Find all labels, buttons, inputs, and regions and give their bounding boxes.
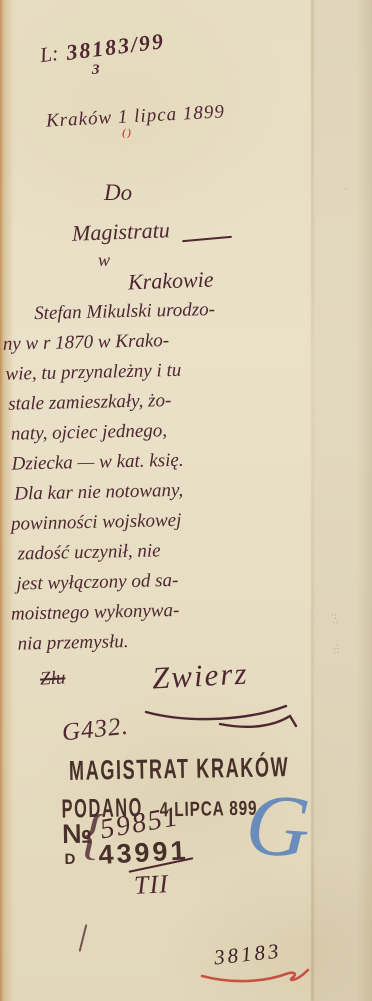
stamp-d-number: 43991 (98, 835, 190, 871)
dateline: Kraków 1 lipca 1899 (46, 101, 226, 132)
blue-pencil-initial: G (243, 774, 313, 879)
dateline-red-mark: ( ) (122, 128, 131, 139)
reference-subnumber: 3 (92, 62, 100, 79)
letter-body: Stefan Mikulski urodzo- ny w r 1870 w Kr… (2, 296, 344, 663)
filing-code: G432. (61, 713, 130, 748)
address-w: w (98, 250, 110, 271)
pencil-smudge: ·:: (332, 643, 343, 655)
red-underline-flourish (198, 958, 314, 988)
pencil-smudge: :·: (330, 613, 342, 626)
slash-mark (79, 924, 88, 952)
address-do: Do (104, 180, 132, 206)
signature-flourish (140, 698, 300, 732)
pen-stroke (182, 236, 232, 242)
address-magistratu: Magistratu (72, 217, 171, 246)
reference-label: L: (38, 41, 60, 68)
crossed-out-word: Złu (39, 667, 65, 690)
signature: Zwierz (151, 656, 249, 697)
pencil-smudge: · (344, 184, 348, 194)
body-line: nia przemysłu. (17, 626, 344, 663)
address-krakowie: Krakowie (128, 267, 214, 296)
stamp-d-label: D (64, 851, 75, 868)
registry-mark: TII (133, 869, 169, 901)
document-page: L: 38183/99 3 Kraków 1 lipca 1899 ( ) Do… (0, 0, 372, 1001)
reference-number: 38183/99 (65, 28, 167, 66)
